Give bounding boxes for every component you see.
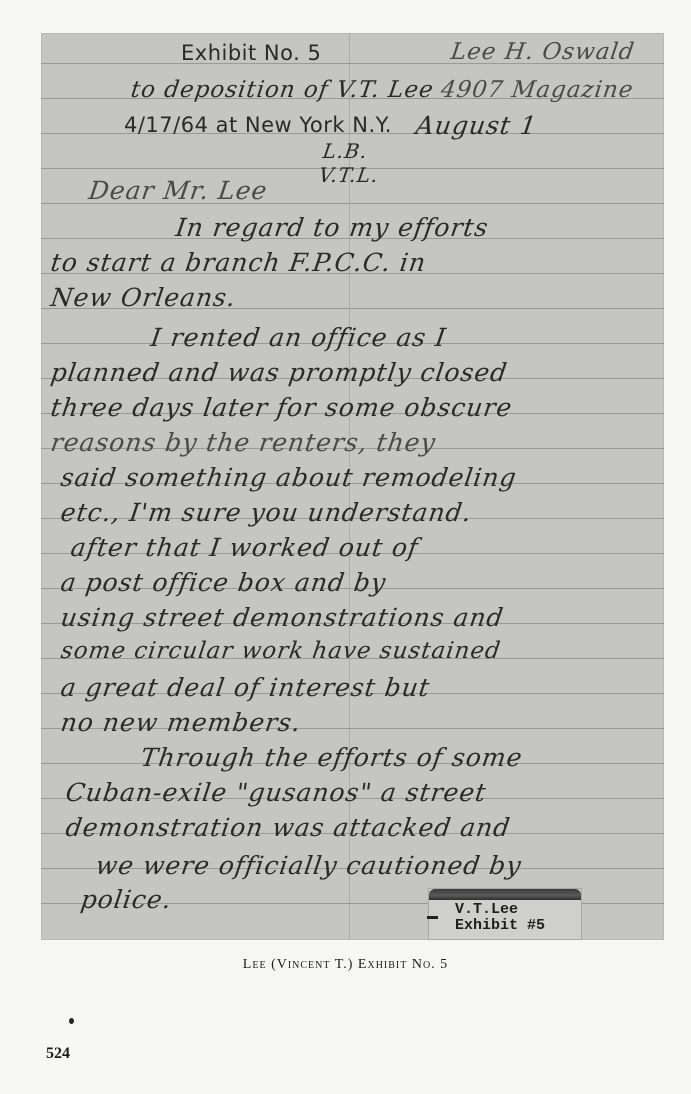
label-dash-mark: [427, 916, 438, 919]
letter-line: etc., I'm sure you understand.: [59, 498, 474, 527]
letter-line: to start a branch F.P.C.C. in: [49, 248, 428, 277]
letter-line: New Orleans.: [49, 283, 238, 312]
sender-name: Lee H. Oswald: [449, 39, 636, 65]
letter-paper: Exhibit No. 5 Lee H. Oswald to depositio…: [41, 33, 664, 940]
letter-line: a great deal of interest but: [59, 673, 432, 702]
letter-line: planned and was promptly closed: [49, 358, 509, 387]
letter-line: I rented an office as I: [149, 323, 448, 352]
page-number: 524: [46, 1045, 70, 1063]
letter-line: police.: [79, 885, 174, 914]
figure-caption: Lee (Vincent T.) Exhibit No. 5: [0, 957, 691, 973]
initials-lb: L.B.: [321, 139, 369, 163]
letter-line: Cuban-exile "gusanos" a street: [64, 778, 488, 807]
initials-vtl: V.T.L.: [317, 163, 380, 187]
letter-line: Dear Mr. Lee: [87, 176, 270, 205]
deposition-line: to deposition of V.T. Lee: [129, 77, 435, 103]
letter-line: using street demonstrations and: [59, 603, 506, 632]
label-text: V.T.Lee Exhibit #5: [455, 902, 545, 934]
sender-address: 4907 Magazine: [439, 77, 635, 103]
letter-line: no new members.: [59, 708, 303, 737]
exhibit-label-sticker: V.T.Lee Exhibit #5: [428, 888, 582, 940]
label-line-2: Exhibit #5: [455, 918, 545, 934]
letter-line: reasons by the renters, they: [49, 428, 438, 457]
letter-line: after that I worked out of: [69, 533, 421, 562]
letter-line: three days later for some obscure: [49, 393, 514, 422]
label-line-1: V.T.Lee: [455, 902, 545, 918]
letter-line: we were officially cautioned by: [94, 851, 524, 880]
exhibit-title: Exhibit No. 5: [181, 41, 321, 65]
letter-line: some circular work have sustained: [59, 638, 502, 664]
letter-line: demonstration was attacked and: [64, 813, 512, 842]
letter-line: Through the efforts of some: [139, 743, 525, 772]
date-location-line: 4/17/64 at New York N.Y.: [124, 113, 392, 137]
letter-line: In regard to my efforts: [174, 213, 491, 242]
letter-line: said something about remodeling: [59, 463, 519, 492]
letter-line: a post office box and by: [59, 568, 388, 597]
sender-date: August 1: [414, 111, 539, 140]
label-header-bar: [429, 889, 581, 900]
ink-speck: [69, 1018, 74, 1024]
